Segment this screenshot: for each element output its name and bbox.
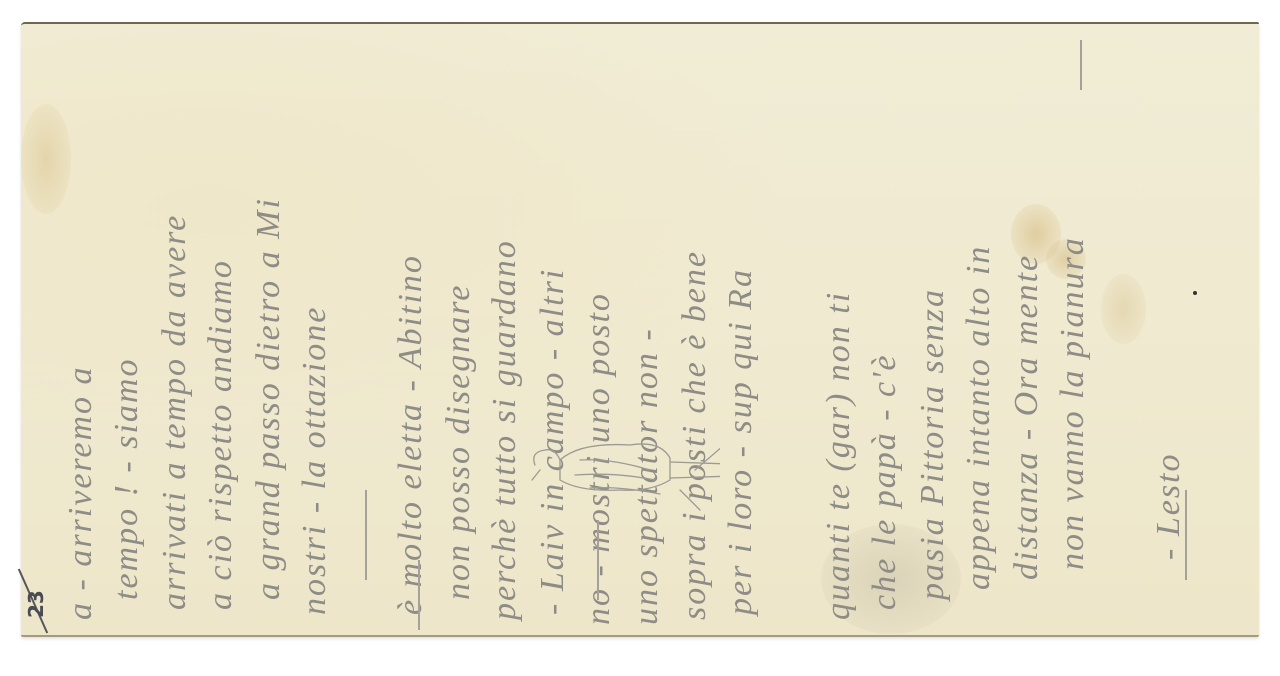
handwritten-line: a ciò rispetto andiamo (202, 259, 240, 610)
paper-stain (21, 104, 71, 214)
pencil-stroke (418, 560, 420, 630)
handwritten-line: distanza - Ora mente (1008, 254, 1046, 580)
pencil-stroke (1185, 490, 1187, 580)
handwritten-line: arrivati a tempo da avere (156, 214, 194, 610)
handwritten-line: non posso disegnare (440, 284, 478, 600)
handwritten-line: a - arriveremo a (62, 365, 100, 620)
figure-sketch-icon (520, 420, 720, 520)
handwritten-line: tempo ! - siamo (108, 358, 146, 600)
handwritten-line: pasia Pittoria senza (914, 288, 952, 600)
handwritten-line: - Lesto (1150, 453, 1188, 561)
pencil-stroke (365, 490, 367, 580)
handwritten-line: appena intanto alto in (960, 245, 998, 590)
handwritten-line: non vanno la pianura (1054, 236, 1092, 570)
pencil-stroke (597, 520, 599, 600)
handwritten-line: perchè tutto si guardano (486, 239, 524, 620)
handwritten-line: per i loro - sup qui Ra (722, 268, 760, 615)
handwritten-line: a grand passo dietro a Mi (250, 197, 288, 600)
handwritten-line: nostri - la ottazione (296, 306, 334, 615)
handwritten-line: è molto eletta - Abitino (392, 254, 430, 615)
handwritten-line: quanti te (gar) non ti (820, 291, 858, 620)
page-number: 23 (24, 590, 48, 618)
pencil-stroke (1080, 40, 1082, 90)
pencil-dot (1193, 291, 1197, 295)
paper-stain (1101, 274, 1146, 344)
handwritten-line: che le papà - c'è (866, 354, 904, 611)
